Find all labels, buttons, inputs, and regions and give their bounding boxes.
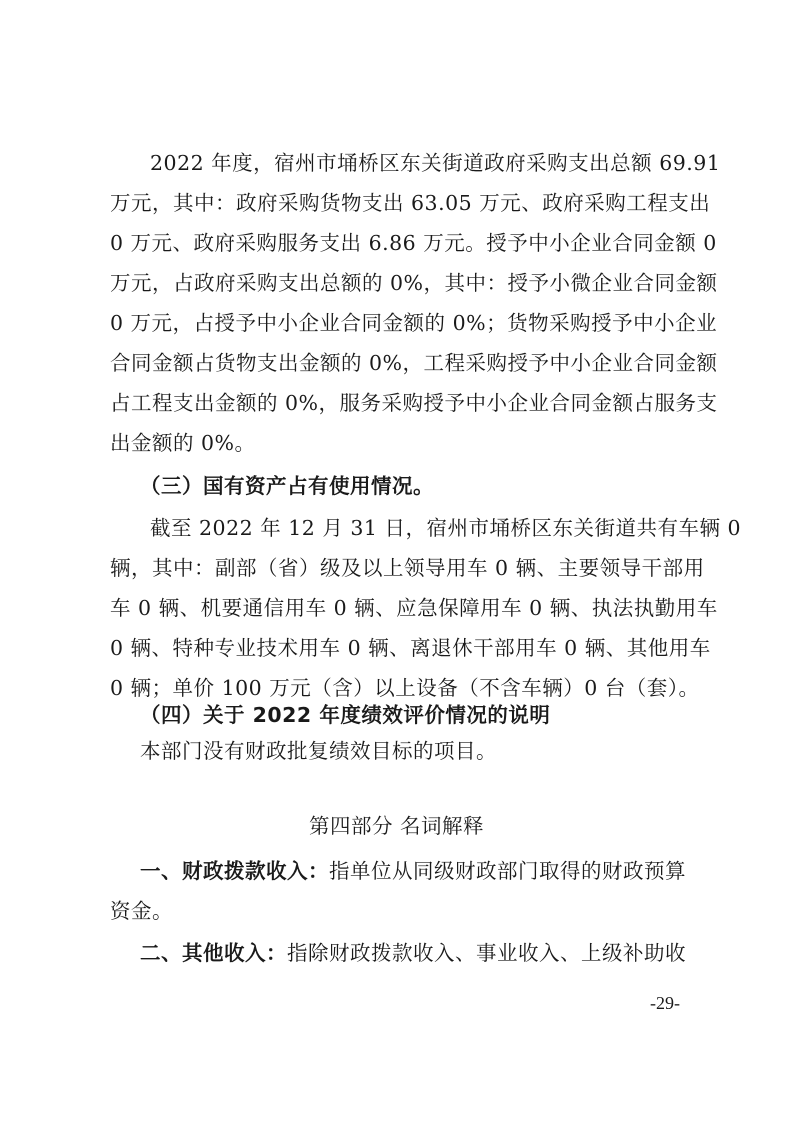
section4-heading: （四）关于 2022 年度绩效评价情况的说明 bbox=[140, 702, 720, 728]
page-number: -29- bbox=[650, 993, 680, 1014]
procurement-line: 万元，占政府采购支出总额的 0%，其中：授予小微企业合同金额 bbox=[110, 270, 690, 296]
part4-title: 第四部分 名词解释 bbox=[0, 813, 793, 839]
assets-line: 0 辆；单价 100 万元（含）以上设备（不含车辆）0 台（套）。 bbox=[110, 675, 690, 701]
document-page: 2022 年度，宿州市埇桥区东关街道政府采购支出总额 69.91 万元，其中：政… bbox=[0, 0, 793, 1122]
definition-item: 二、其他收入：指除财政拨款收入、事业收入、上级补助收 bbox=[140, 940, 720, 966]
procurement-line: 万元，其中：政府采购货物支出 63.05 万元、政府采购工程支出 bbox=[110, 190, 690, 216]
assets-line: 车 0 辆、机要通信用车 0 辆、应急保障用车 0 辆、执法执勤用车 bbox=[110, 595, 690, 621]
definition-text: 指除财政拨款收入、事业收入、上级补助收 bbox=[287, 941, 686, 965]
procurement-line: 2022 年度，宿州市埇桥区东关街道政府采购支出总额 69.91 bbox=[150, 150, 690, 176]
definition-text: 指单位从同级财政部门取得的财政预算 bbox=[329, 859, 686, 883]
procurement-line: 占工程支出金额的 0%，服务采购授予中小企业合同金额占服务支 bbox=[110, 390, 690, 416]
definition-term: 一、财政拨款收入： bbox=[140, 859, 329, 883]
definition-continuation: 资金。 bbox=[110, 898, 690, 924]
definition-term: 二、其他收入： bbox=[140, 941, 287, 965]
definition-item: 一、财政拨款收入：指单位从同级财政部门取得的财政预算 bbox=[140, 858, 720, 884]
assets-line: 0 辆、特种专业技术用车 0 辆、离退休干部用车 0 辆、其他用车 bbox=[110, 635, 690, 661]
procurement-line: 合同金额占货物支出金额的 0%，工程采购授予中小企业合同金额 bbox=[110, 350, 690, 376]
section3-heading: （三）国有资产占有使用情况。 bbox=[140, 473, 720, 499]
procurement-line: 出金额的 0%。 bbox=[110, 430, 690, 456]
procurement-line: 0 万元、政府采购服务支出 6.86 万元。授予中小企业合同金额 0 bbox=[110, 230, 690, 256]
assets-line: 辆，其中：副部（省）级及以上领导用车 0 辆、主要领导干部用 bbox=[110, 555, 690, 581]
procurement-line: 0 万元，占授予中小企业合同金额的 0%；货物采购授予中小企业 bbox=[110, 310, 690, 336]
section4-text: 本部门没有财政批复绩效目标的项目。 bbox=[140, 738, 720, 764]
assets-line: 截至 2022 年 12 月 31 日，宿州市埇桥区东关街道共有车辆 0 bbox=[150, 515, 690, 541]
